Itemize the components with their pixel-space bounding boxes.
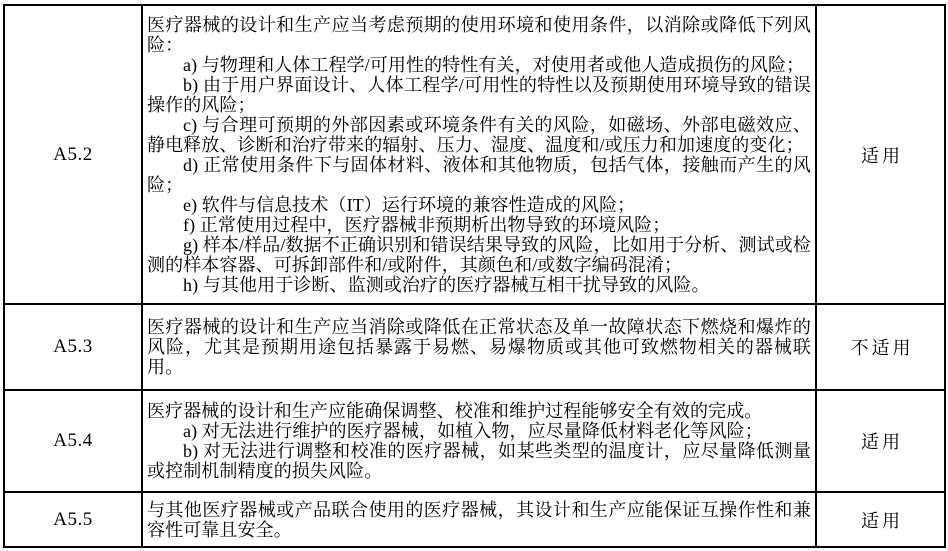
applicability-value: 适用 xyxy=(816,390,945,492)
requirement-paragraph: 医疗器械的设计和生产应当消除或降低在正常状态及单一故障状态下燃烧和爆炸的风险，尤… xyxy=(147,317,811,377)
requirement-paragraph: 医疗器械的设计和生产应当考虑预期的使用环境和使用条件，以消除或降低下列风险： xyxy=(147,15,811,55)
requirement-text: 与其他医疗器械或产品联合使用的医疗器械，其设计和生产应能保证互操作性和兼容性可靠… xyxy=(142,492,816,547)
clause-code: A5.4 xyxy=(4,390,142,492)
requirement-paragraph: b) 对无法进行调整和校准的医疗器械，如某些类型的温度计，应尽量降低测量或控制机… xyxy=(147,441,811,481)
requirement-paragraph: 与其他医疗器械或产品联合使用的医疗器械，其设计和生产应能保证互操作性和兼容性可靠… xyxy=(147,500,811,540)
requirement-paragraph: e) 软件与信息技术（IT）运行环境的兼容性造成的风险； xyxy=(147,195,811,215)
requirement-paragraph: a) 与物理和人体工程学/可用性的特性有关，对使用者或他人造成损伤的风险； xyxy=(147,55,811,75)
table-row: A5.5 与其他医疗器械或产品联合使用的医疗器械，其设计和生产应能保证互操作性和… xyxy=(4,492,945,547)
table-row: A5.3 医疗器械的设计和生产应当消除或降低在正常状态及单一故障状态下燃烧和爆炸… xyxy=(4,304,945,390)
applicability-value: 适用 xyxy=(816,5,945,304)
requirement-paragraph: h) 与其他用于诊断、监测或治疗的医疗器械互相干扰导致的风险。 xyxy=(147,275,811,295)
requirement-paragraph: c) 与合理可预期的外部因素或环境条件有关的风险，如磁场、外部电磁效应、静电释放… xyxy=(147,115,811,155)
requirement-paragraph: 医疗器械的设计和生产应能确保调整、校准和维护过程能够安全有效的完成。 xyxy=(147,401,811,421)
requirement-paragraph: f) 正常使用过程中，医疗器械非预期析出物导致的环境风险； xyxy=(147,215,811,235)
clause-code: A5.5 xyxy=(4,492,142,547)
requirements-table: A5.2 医疗器械的设计和生产应当考虑预期的使用环境和使用条件，以消除或降低下列… xyxy=(3,4,946,548)
clause-code: A5.3 xyxy=(4,304,142,390)
requirement-text: 医疗器械的设计和生产应当考虑预期的使用环境和使用条件，以消除或降低下列风险：a)… xyxy=(142,5,816,304)
requirement-text: 医疗器械的设计和生产应当消除或降低在正常状态及单一故障状态下燃烧和爆炸的风险，尤… xyxy=(142,304,816,390)
table-body: A5.2 医疗器械的设计和生产应当考虑预期的使用环境和使用条件，以消除或降低下列… xyxy=(4,5,945,547)
clause-code: A5.2 xyxy=(4,5,142,304)
table-row: A5.2 医疗器械的设计和生产应当考虑预期的使用环境和使用条件，以消除或降低下列… xyxy=(4,5,945,304)
applicability-value: 适用 xyxy=(816,492,945,547)
requirement-paragraph: a) 对无法进行维护的医疗器械，如植入物，应尽量降低材料老化等风险； xyxy=(147,421,811,441)
requirement-paragraph: d) 正常使用条件下与固体材料、液体和其他物质，包括气体，接触而产生的风险； xyxy=(147,155,811,195)
requirement-paragraph: b) 由于用户界面设计、人体工程学/可用性的特性以及预期使用环境导致的错误操作的… xyxy=(147,75,811,115)
table-row: A5.4 医疗器械的设计和生产应能确保调整、校准和维护过程能够安全有效的完成。a… xyxy=(4,390,945,492)
applicability-value: 不适用 xyxy=(816,304,945,390)
requirement-text: 医疗器械的设计和生产应能确保调整、校准和维护过程能够安全有效的完成。a) 对无法… xyxy=(142,390,816,492)
requirement-paragraph: g) 样本/样品/数据不正确识别和错误结果导致的风险，比如用于分析、测试或检测的… xyxy=(147,235,811,275)
